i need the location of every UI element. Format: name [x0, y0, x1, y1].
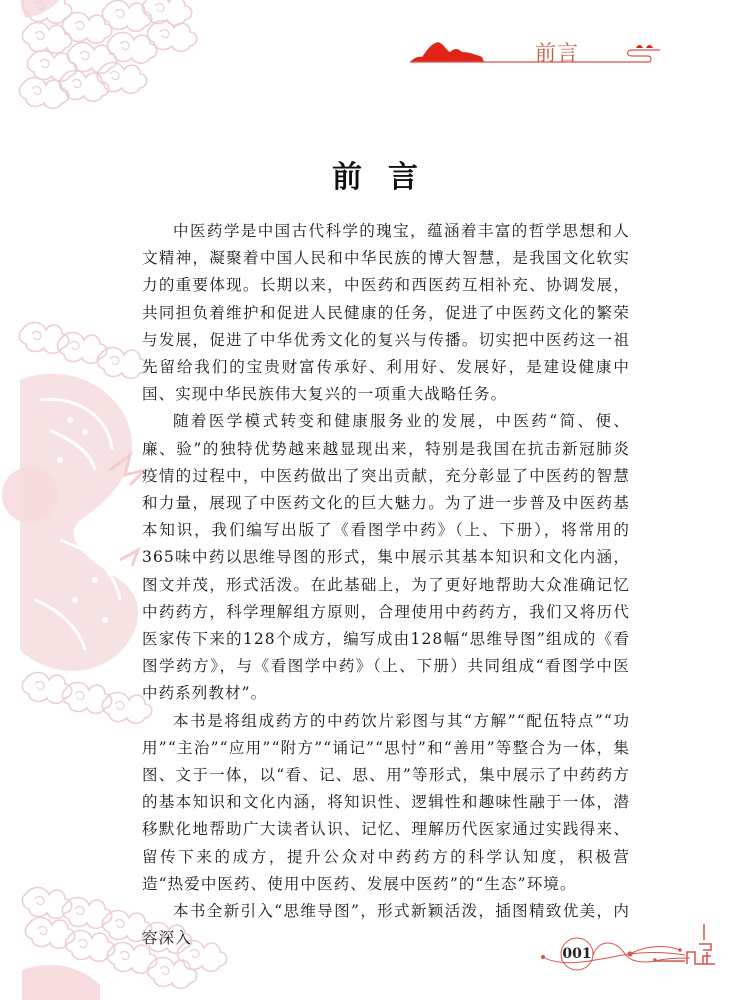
page-number: 001: [557, 944, 597, 964]
dragon-watermark: [2, 374, 145, 671]
paragraph: 随着医学模式转变和健康服务业的发展，中医药“简、便、廉、验”的独特优势越来越显现…: [142, 408, 630, 707]
top-cloud-cluster: [19, 0, 196, 108]
middle-cloud-cluster: [19, 323, 151, 724]
page-title: 前言: [0, 152, 750, 196]
paragraph: 中医药学是中国古代科学的瑰宝，蕴涵着丰富的哲学思想和人文精神，凝聚着中国人民和中…: [142, 218, 630, 408]
page-footer: 001: [535, 920, 735, 990]
paragraph: 本书是将组成药方的中药饮片彩图与其“方解”“配伍特点”“功用”“主治”“应用”“…: [142, 708, 630, 898]
running-header: 前言: [400, 30, 700, 70]
running-title: 前言: [535, 37, 579, 67]
body-text: 中医药学是中国古代科学的瑰宝，蕴涵着丰富的哲学思想和人文精神，凝聚着中国人民和中…: [142, 218, 630, 952]
